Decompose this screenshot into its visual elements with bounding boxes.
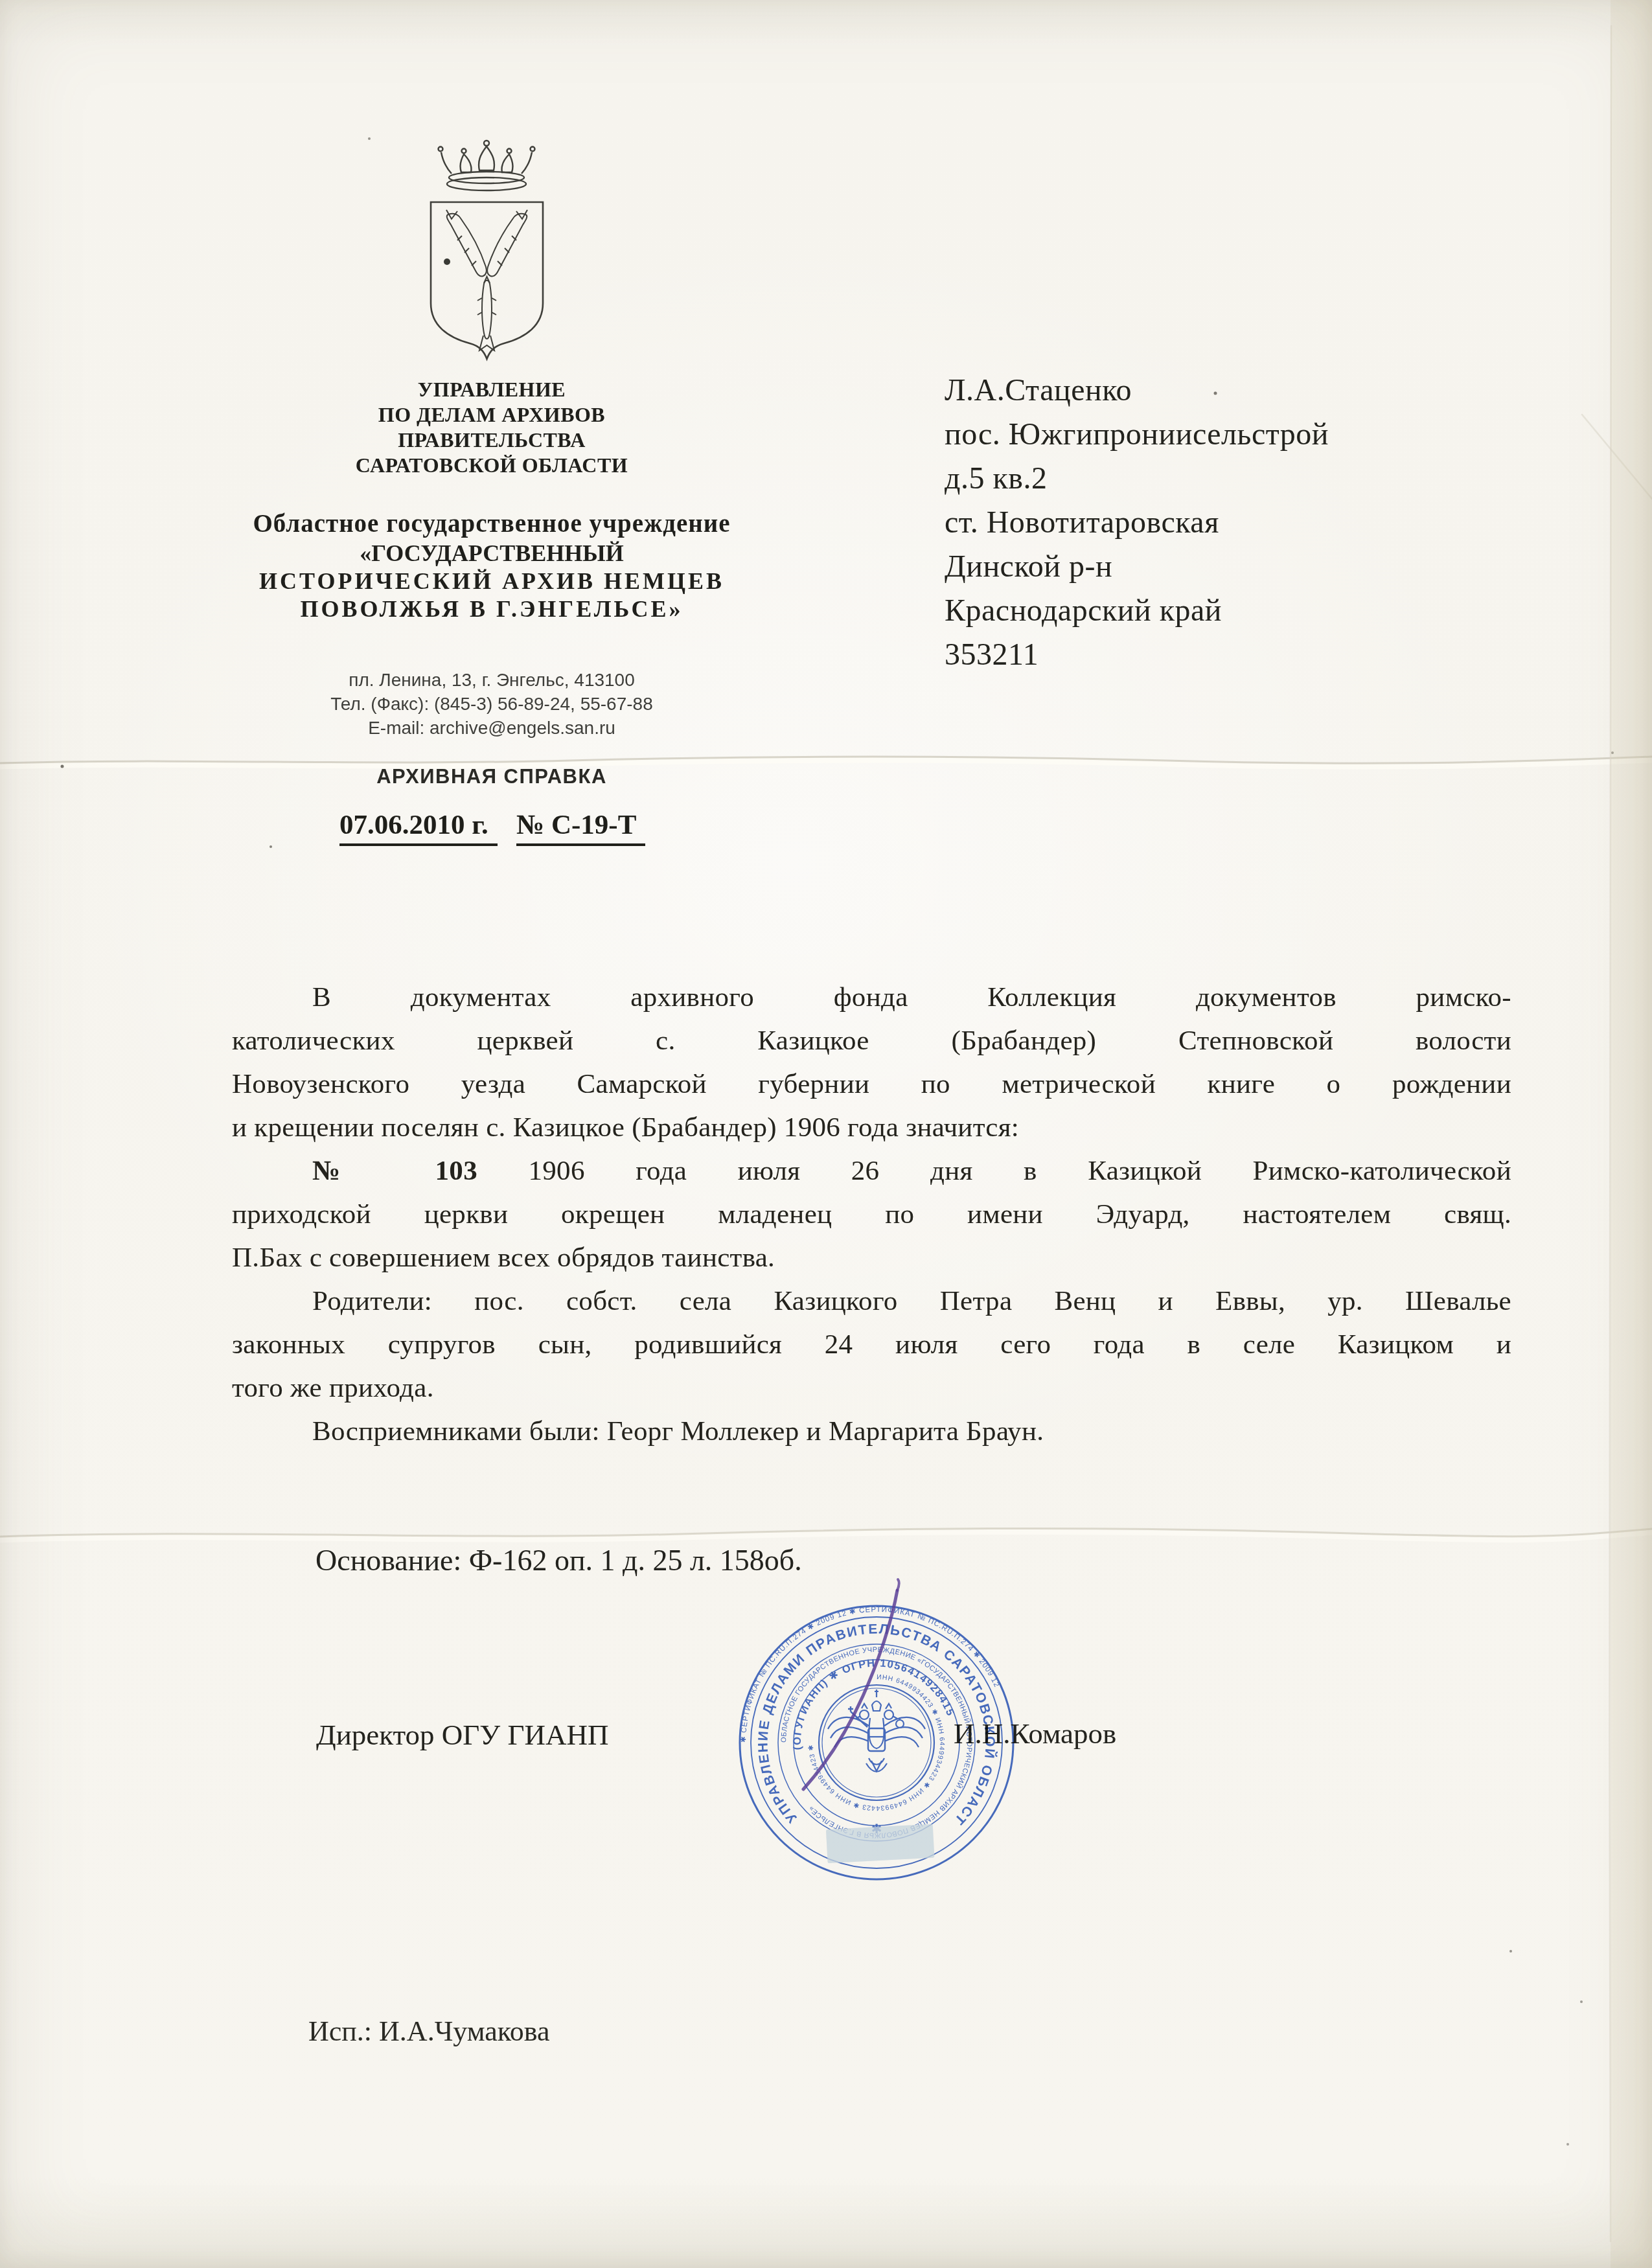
doc-type-title: АРХИВНАЯ СПРАВКА (217, 765, 766, 788)
institution-intro: Областное государственное учреждение (217, 509, 766, 538)
body-line: Родители: пос. собст. села Казицкого Пет… (232, 1279, 1511, 1323)
recipient-line: ст. Новотитаровская (945, 501, 1329, 545)
coat-of-arms-icon (408, 130, 570, 363)
letterhead-org-name: УПРАВЛЕНИЕ ПО ДЕЛАМ АРХИВОВ ПРАВИТЕЛЬСТВ… (249, 377, 734, 478)
org-name-line: УПРАВЛЕНИЕ (249, 377, 734, 402)
institution-name: «ГОСУДАРСТВЕННЫЙ ИСТОРИЧЕСКИЙ АРХИВ НЕМЦ… (217, 540, 766, 623)
recipient-line: Л.А.Стаценко (945, 369, 1329, 413)
paper-crease (0, 1528, 1652, 1540)
body-line: В документах архивного фонда Коллекция д… (232, 976, 1511, 1019)
body-line: католических церквей с. Казицкое (Брабан… (232, 1019, 1511, 1062)
body-line: приходской церкви окрещен младенец по им… (232, 1193, 1511, 1236)
org-address: пл. Ленина, 13, г. Энгельс, 413100 (217, 668, 766, 692)
body-line: № 103 1906 года июля 26 дня в Казицкой Р… (232, 1149, 1511, 1193)
sterlet-fish-icon (477, 277, 496, 350)
recipient-line: 353211 (945, 633, 1329, 677)
body-line: П.Бах с совершением всех обрядов таинств… (232, 1236, 1511, 1279)
body-line: и крещении поселян с. Казицкое (Брабанде… (232, 1106, 1511, 1149)
recipient-line: д.5 кв.2 (945, 457, 1329, 501)
org-email: E-mail: archive@engels.san.ru (217, 716, 766, 740)
certificate-body: В документах архивного фонда Коллекция д… (232, 976, 1511, 1453)
recipient-line: Динской р-н (945, 545, 1329, 589)
body-line: Новоузенского уезда Самарской губернии п… (232, 1062, 1511, 1106)
recipient-line: Краснодарский край (945, 589, 1329, 633)
institution-name-line: ПОВОЛЖЬЯ В Г.ЭНГЕЛЬСЕ» (217, 595, 766, 623)
org-name-line: ПО ДЕЛАМ АРХИВОВ (249, 402, 734, 428)
crown-icon (439, 141, 535, 190)
doc-date: 07.06.2010 г. (339, 809, 498, 846)
org-name-line: САРАТОВСКОЙ ОБЛАСТИ (249, 453, 734, 478)
record-number: № 103 (312, 1156, 477, 1186)
org-phone: Тел. (Факс): (845-3) 56-89-24, 55-67-88 (217, 692, 766, 716)
recipient-line: пос. Южгипрониисельстрой (945, 413, 1329, 457)
org-name-line: ПРАВИТЕЛЬСТВА (249, 428, 734, 453)
executor-line: Исп.: И.А.Чумакова (308, 2015, 550, 2048)
institution-name-line: «ГОСУДАРСТВЕННЫЙ (217, 540, 766, 567)
signature-stroke (713, 1555, 1037, 1879)
doc-number: № С-19-Т (516, 809, 645, 846)
scan-edge-shading (1611, 0, 1652, 2268)
recipient-address: Л.А.Стаценко пос. Южгипрониисельстрой д.… (945, 369, 1329, 677)
body-line: того же прихода. (232, 1366, 1511, 1410)
archival-certificate-page: УПРАВЛЕНИЕ ПО ДЕЛАМ АРХИВОВ ПРАВИТЕЛЬСТВ… (0, 0, 1652, 2268)
sterlet-fish-icon (446, 210, 487, 277)
record-text: 1906 года июля 26 дня в Казицкой Римско-… (529, 1156, 1511, 1186)
body-line: законных супругов сын, родившийся 24 июл… (232, 1323, 1511, 1366)
org-contact-block: пл. Ленина, 13, г. Энгельс, 413100 Тел. … (217, 668, 766, 740)
sterlet-fish-icon (487, 210, 527, 277)
director-title: Директор ОГУ ГИАНП (316, 1718, 608, 1752)
body-line: Восприемниками были: Георг Моллекер и Ма… (232, 1410, 1511, 1453)
institution-name-line: ИСТОРИЧЕСКИЙ АРХИВ НЕМЦЕВ (217, 567, 766, 595)
ink-speck (444, 258, 450, 265)
